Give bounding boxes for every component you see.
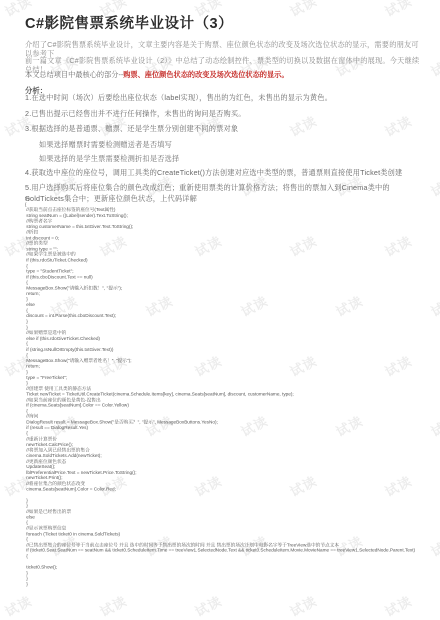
- article-content: C#影院售票系统毕业设计（3） 介绍了C#影院售票系统毕业设计，文章主要内容是关…: [0, 0, 440, 620]
- code-line: if (ticket0.Seat.SeatNum == seatNum && t…: [25, 548, 440, 554]
- code-block: try{ //获取当前点击座位标签的座位号(Text属性) string sea…: [25, 196, 440, 596]
- code-line: }: [25, 581, 440, 587]
- core-summary-highlight: 购票、座位颜色状态的改变及场次选位状态的显示。: [123, 70, 288, 79]
- analysis-item: 1.在选中时间（场次）后要绘出座位状态（label实现），售出的为红色，未售出的…: [25, 93, 423, 104]
- analysis-item: 2.已售出提示已经售出并不进行任何操作，未售出的询问是否购买。: [25, 109, 423, 120]
- core-summary-lead: 本文总结项目中最核心的部分--: [25, 70, 123, 79]
- page-title: C#影院售票系统毕业设计（3）: [25, 12, 233, 33]
- core-summary: 本文总结项目中最核心的部分--购票、座位颜色状态的改变及场次选位状态的显示。: [25, 70, 423, 79]
- code-lines-container: try{ //获取当前点击座位标签的座位号(Text属性) string sea…: [25, 196, 440, 587]
- analysis-item: 如果选择的是学生票需要检测折扣是否选择: [39, 154, 423, 165]
- article-page: 试读试读试读试读试读试读试读试读试读试读试读试读试读试读试读试读试读试读试读试读…: [0, 0, 440, 620]
- analysis-item: 如果选择赠票时需要检测赠送者是否填写: [39, 140, 423, 151]
- analysis-item: 3.根据选择的是普通票、赠票、还是学生票分别创建不同的票对象: [25, 124, 423, 135]
- analysis-item: 4.获取选中座位的座位号，调用工具类的CreateTicket()方法创建对应选…: [25, 168, 423, 179]
- analysis-list: 1.在选中时间（场次）后要绘出座位状态（label实现），售出的为红色，未售出的…: [25, 93, 423, 209]
